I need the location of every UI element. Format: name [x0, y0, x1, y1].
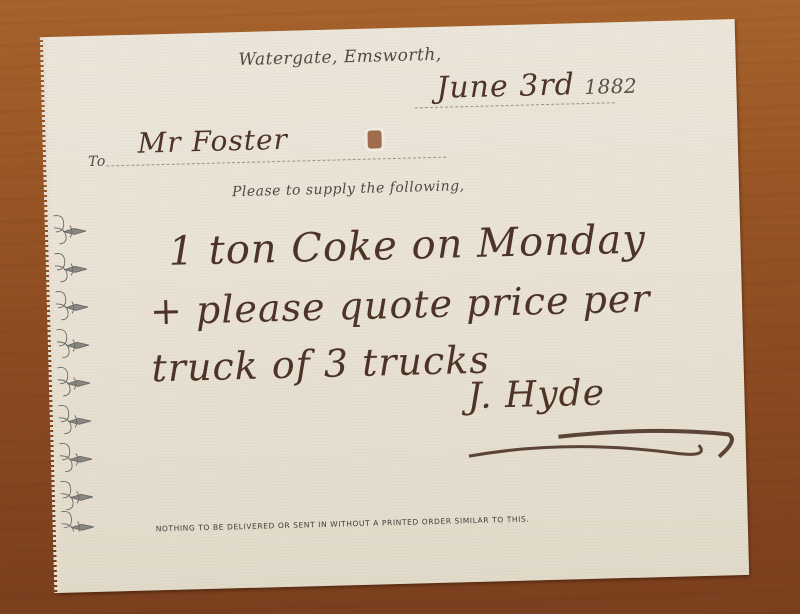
- letterhead-address: Watergate, Emsworth,: [238, 45, 442, 70]
- footer-notice: NOTHING TO BE DELIVERED OR SENT IN WITHO…: [156, 515, 530, 534]
- order-form-paper: Watergate, Emsworth, June 3rd 1882 To Mr…: [43, 19, 749, 593]
- decorative-border-ornament-icon: [49, 211, 97, 532]
- signature: J. Hyde: [447, 364, 740, 472]
- body-line-3: truck of 3 trucks: [151, 338, 490, 391]
- recipient-label: To: [88, 154, 106, 170]
- body-line-1: 1 ton Coke on Monday: [168, 216, 647, 274]
- body-line-2: + please quote price per: [149, 276, 651, 333]
- paper-hole: [367, 130, 381, 148]
- signature-flourish-icon: [448, 404, 739, 472]
- instruction-text: Please to supply the following,: [232, 178, 465, 200]
- date-month-day: June 3rd: [436, 67, 575, 106]
- recipient-name: Mr Foster: [137, 123, 288, 160]
- date-year: 1882: [584, 74, 638, 99]
